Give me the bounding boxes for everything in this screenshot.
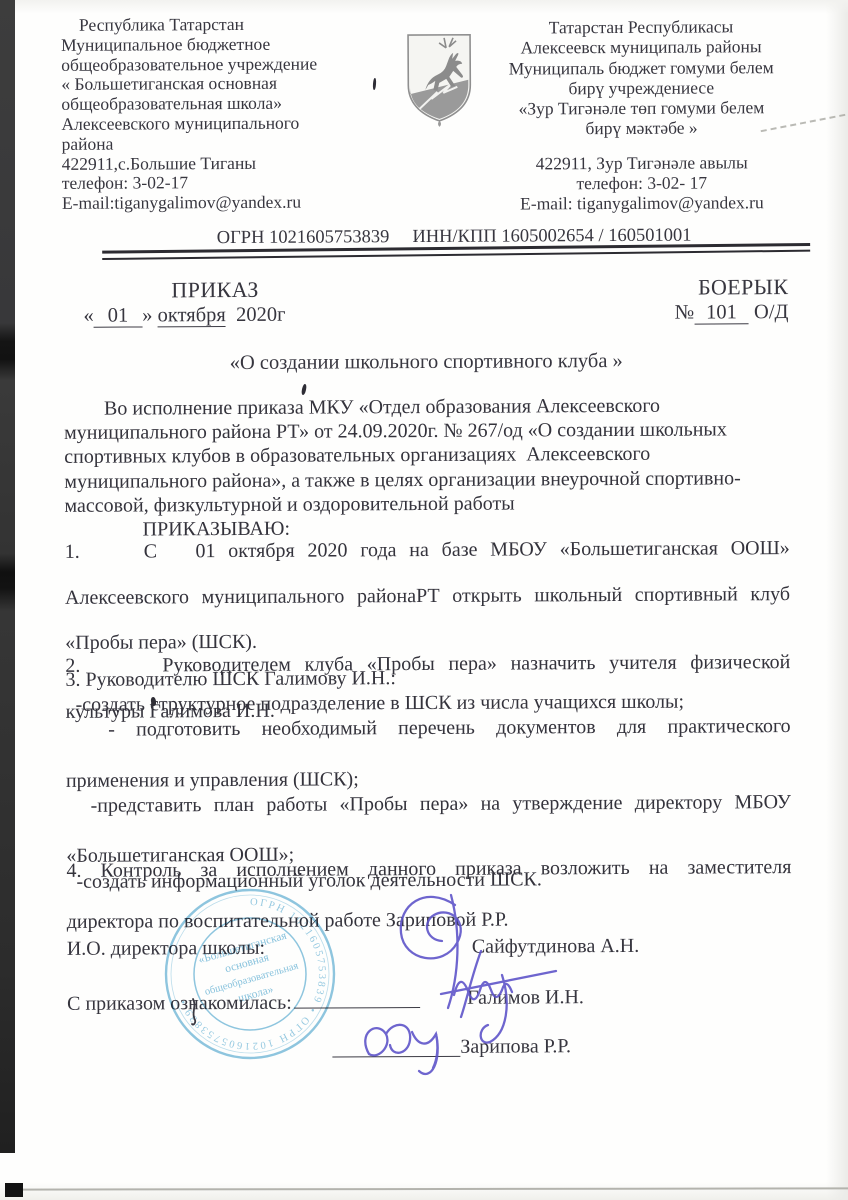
letterhead-russian: Республика Татарстан Муниципальное бюдже…: [61, 14, 402, 214]
order-date: «01» октября 2020г: [83, 304, 285, 328]
text-line: применения и управления (ШСК);: [66, 765, 791, 794]
text-line: 3. Руководителю ШСК Галимову И.Н.:: [65, 664, 790, 693]
document-content: Республика Татарстан Муниципальное бюдже…: [0, 0, 848, 1200]
letterhead-line: общеобразовательное учреждение: [61, 54, 401, 76]
order-date-month: октября: [158, 304, 226, 327]
scanner-edge-strip: [0, 0, 15, 1153]
letterhead-line: телефон: 3-02-17: [62, 172, 402, 194]
signature-name: Сайфутдинова А.Н.: [472, 935, 640, 959]
letterhead-line: Республика Татарстан: [61, 14, 401, 36]
letterhead-line: Алексеевского муниципального: [61, 113, 401, 135]
letterhead-line: Муниципальное бюджетное: [61, 34, 401, 56]
number-sign: №: [675, 302, 695, 324]
letterhead-email: E-mail:tiganygalimov@yandex.ru: [62, 192, 402, 214]
text-line: 4. Контроль за исполнением данного прика…: [66, 855, 791, 910]
text-line: Алексеевского муниципального районаРТ от…: [65, 583, 790, 632]
pen-squiggle-mark: [188, 998, 202, 1028]
letterhead-line: общеобразовательная школа»: [61, 93, 401, 115]
order-meta-row: «01» октября 2020г №101 О/Д: [63, 301, 788, 328]
text-line: - подготовить необходимый перечень докум…: [66, 714, 791, 768]
scanner-corner-mark: [5, 1183, 23, 1197]
letterhead-line: « Большетиганская основная: [61, 74, 401, 96]
letterhead-line: района: [62, 133, 402, 155]
quote-open: «: [83, 305, 93, 327]
signature-name: Зарипова Р.Р.: [460, 1035, 571, 1059]
order-title-row: ПРИКАЗ БОЕРЫК: [63, 274, 788, 304]
order-number: №101 О/Д: [675, 301, 789, 325]
order-item-4: 4. Контроль за исполнением данного прика…: [66, 855, 791, 935]
text-line: муниципального района РТ» от 24.09.2020г…: [64, 417, 789, 445]
letterhead-line: Алексеевск муниципаль районы: [465, 36, 817, 58]
text-line: директора по воспитательной работе Зарип…: [67, 906, 792, 935]
order-number-value: 101: [694, 301, 749, 324]
signature-blank-line: [332, 1036, 460, 1058]
letterhead-line: бирү учреждениесе: [465, 77, 817, 99]
quote-close: »: [142, 304, 152, 326]
order-date-day: 01: [94, 304, 143, 327]
letterhead-line: Татарстан Республикасы: [465, 16, 817, 38]
preamble-paragraph: Во исполнение приказа МКУ «Отдел образов…: [64, 393, 790, 542]
signature-row-acknowledged: С приказом ознакомилась: Галимов И.Н.: [67, 985, 792, 1016]
signature-name: Галимов И.Н.: [467, 986, 584, 1010]
letterhead-email: E-mail: tiganygalimov@yandex.ru: [466, 193, 818, 215]
signature-row-deputy: Зарипова Р.Р.: [67, 1034, 792, 1065]
letterhead-line: Муниципаль бюджет гомуми белем: [465, 57, 817, 79]
letterhead-line: 422911,с.Большие Тиганы: [62, 153, 402, 175]
signature-label: С приказом ознакомилась:: [67, 992, 292, 1015]
order-number-suffix: О/Д: [754, 301, 789, 323]
letterhead-line: 422911, Зур Тигәнәле авылы: [466, 153, 818, 175]
text-line: муниципального района», а также в целях …: [64, 466, 789, 494]
signature-blank-line: [294, 987, 420, 1009]
order-subject: «О создании школьного спортивного клуба …: [64, 349, 789, 376]
text-line: 1. С 01 октября 2020 года на базе МБОУ «…: [65, 537, 790, 586]
letterhead-line: телефон: 3-02- 17: [466, 173, 818, 195]
letterhead-tatar: Татарстан Республикасы Алексеевск муници…: [465, 16, 818, 140]
signature-row-director: И.О. директора школы: Сайфутдинова А.Н.: [67, 934, 792, 961]
text-line: -создать структурное подразделение в ШСК…: [65, 689, 790, 718]
letterhead-tatar-contacts: 422911, Зур Тигәнәле авылы телефон: 3-02…: [466, 153, 818, 214]
signature-label: И.О. директора школы:: [67, 937, 265, 960]
letterhead-line: «Зур Тигәнәле төп гомуми белем: [465, 97, 817, 119]
document-page: Республика Татарстан Муниципальное бюдже…: [0, 0, 848, 1200]
order-title-ru: ПРИКАЗ: [171, 277, 259, 303]
order-date-year: 2020г: [236, 304, 286, 326]
text-line: -представить план работы «Пробы пера» на…: [66, 790, 791, 844]
order-title-tt: БОЕРЫК: [698, 274, 788, 300]
